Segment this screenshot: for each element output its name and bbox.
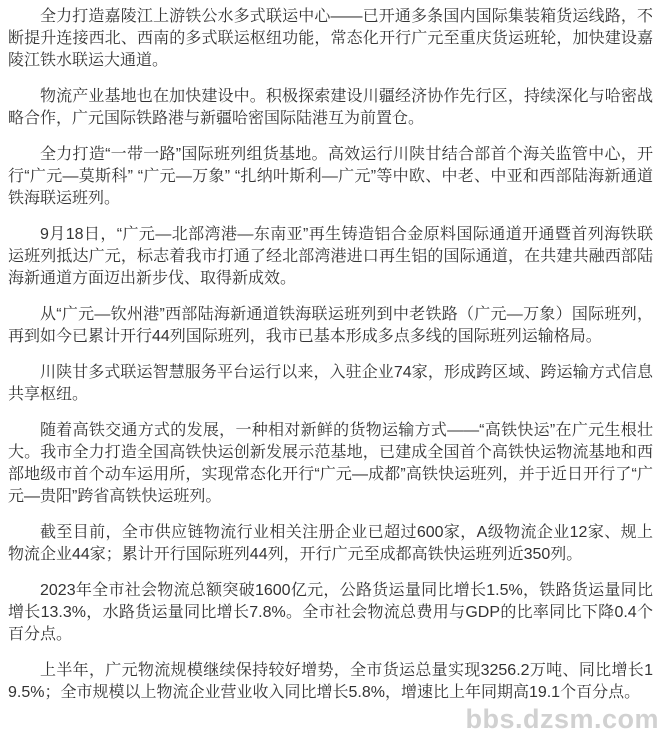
paragraph: 随着高铁交通方式的发展，一种相对新鲜的货物运输方式——“高铁快运”在广元生根壮大… (8, 420, 653, 508)
article-body: 全力打造嘉陵江上游铁公水多式联运中心——已开通多条国内国际集装箱货运线路，不断提… (0, 0, 661, 718)
paragraph: 2023年全市社会物流总额突破1600亿元，公路货运量同比增长1.5%，铁路货运… (8, 580, 653, 646)
paragraph: 上半年，广元物流规模继续保持较好增势，全市货运总量实现3256.2万吨、同比增长… (8, 660, 653, 704)
paragraph: 9月18日，“广元—北部湾港—东南亚”再生铸造铝合金原料国际通道开通暨首列海铁联… (8, 224, 653, 290)
paragraph: 从“广元—钦州港”西部陆海新通道铁海联运班列到中老铁路（广元—万象）国际班列，再… (8, 304, 653, 348)
paragraph: 川陕甘多式联运智慧服务平台运行以来，入驻企业74家，形成跨区域、跨运输方式信息共… (8, 362, 653, 406)
paragraph: 全力打造“一带一路”国际班列组货基地。高效运行川陕甘结合部首个海关监管中心，开行… (8, 144, 653, 210)
paragraph: 全力打造嘉陵江上游铁公水多式联运中心——已开通多条国内国际集装箱货运线路，不断提… (8, 6, 653, 72)
paragraph: 截至目前，全市供应链物流行业相关注册企业已超过600家，A级物流企业12家、规上… (8, 522, 653, 566)
paragraph: 物流产业基地也在加快建设中。积极探索建设川疆经济协作先行区，持续深化与哈密战略合… (8, 86, 653, 130)
